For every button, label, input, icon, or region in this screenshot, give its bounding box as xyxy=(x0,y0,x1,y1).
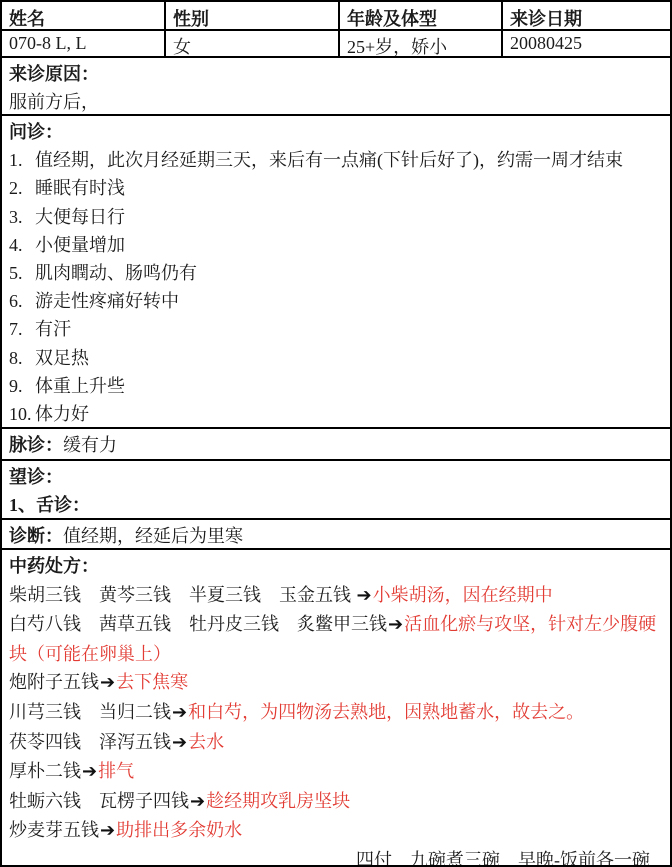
inquiry-item: 6. 游走性疼痛好转中 xyxy=(9,287,662,315)
observation-label: 望诊： xyxy=(9,463,662,491)
pulse-diagnosis-section: 脉诊：缓有力 xyxy=(2,429,670,461)
inquiry-item-number: 10. xyxy=(9,400,35,428)
inquiry-item-number: 3. xyxy=(9,203,35,231)
arrow-icon: ➔ xyxy=(99,820,116,841)
inquiry-item: 10. 体力好 xyxy=(9,400,662,428)
inquiry-item: 1. 值经期，此次月经延期三天，来后有一点痛(下针后好了)，约需一周才结束 xyxy=(9,146,662,174)
prescription-note: 助排出多余奶水 xyxy=(116,820,242,840)
prescription-line: 炮附子五钱➔去下焦寒 xyxy=(9,668,662,698)
arrow-icon: ➔ xyxy=(81,761,98,782)
inquiry-item-text: 肌肉瞤动、肠鸣仍有 xyxy=(35,259,662,287)
prescription-line: 牡蛎六钱 瓦楞子四钱➔趁经期攻乳房坚块 xyxy=(9,787,662,817)
herbs-text: 茯苓四钱 泽泻五钱 xyxy=(9,732,171,752)
pulse-diagnosis-line: 脉诊：缓有力 xyxy=(9,431,662,459)
arrow-icon: ➔ xyxy=(99,672,116,693)
prescription-label: 中药处方： xyxy=(9,552,662,581)
visit-reason-label: 来诊原因： xyxy=(9,60,662,88)
pulse-diagnosis-value: 缓有力 xyxy=(63,435,117,455)
inquiry-label: 问诊： xyxy=(9,118,662,146)
inquiry-item-number: 2. xyxy=(9,174,35,202)
inquiry-item: 3. 大便每日行 xyxy=(9,203,662,231)
prescription-line: 柴胡三钱 黄芩三钱 半夏三钱 玉金五钱 ➔小柴胡汤，因在经期中 xyxy=(9,581,662,611)
prescription-note: 趁经期攻乳房坚块 xyxy=(206,791,350,811)
inquiry-item-number: 9. xyxy=(9,372,35,400)
inquiry-item-text: 睡眠有时浅 xyxy=(35,174,662,202)
inquiry-item-text: 游走性疼痛好转中 xyxy=(35,287,662,315)
name-column-header: 姓名 xyxy=(2,2,166,31)
visit-reason-section: 来诊原因： 服前方后， xyxy=(2,58,670,116)
inquiry-item-text: 值经期，此次月经延期三天，来后有一点痛(下针后好了)，约需一周才结束 xyxy=(35,146,662,174)
arrow-icon: ➔ xyxy=(387,614,404,635)
inquiry-item: 4. 小便量增加 xyxy=(9,231,662,259)
herbs-text: 川芎三钱 当归二钱 xyxy=(9,702,171,722)
herbs-text: 炮附子五钱 xyxy=(9,672,99,692)
inquiry-item-text: 大便每日行 xyxy=(35,203,662,231)
inquiry-item-text: 有汗 xyxy=(35,315,662,343)
prescription-note: 去下焦寒 xyxy=(116,672,188,692)
age-body-column-header: 年龄及体型 xyxy=(340,2,503,31)
diagnosis-value: 值经期，经延后为里寒 xyxy=(63,526,243,546)
prescription-section: 中药处方： 柴胡三钱 黄芩三钱 半夏三钱 玉金五钱 ➔小柴胡汤，因在经期中 白芍… xyxy=(2,550,670,865)
arrow-icon: ➔ xyxy=(171,732,188,753)
arrow-icon: ➔ xyxy=(171,702,188,723)
inquiry-item-text: 小便量增加 xyxy=(35,231,662,259)
inquiry-item-number: 7. xyxy=(9,315,35,343)
observation-section: 望诊： 1、舌诊： xyxy=(2,461,670,520)
gender-value: 女 xyxy=(166,31,340,58)
prescription-note: 和白芍，为四物汤去熟地，因熟地蓄水，故去之。 xyxy=(188,702,584,722)
prescription-line: 厚朴二钱➔排气 xyxy=(9,757,662,787)
herbs-text: 柴胡三钱 黄芩三钱 半夏三钱 玉金五钱 xyxy=(9,585,356,605)
prescription-note: 去水 xyxy=(188,732,224,752)
tongue-diagnosis-label: 1、舌诊： xyxy=(9,491,662,519)
prescription-line: 茯苓四钱 泽泻五钱➔去水 xyxy=(9,728,662,758)
herbs-text: 炒麦芽五钱 xyxy=(9,820,99,840)
inquiry-item: 2. 睡眠有时浅 xyxy=(9,174,662,202)
arrow-icon: ➔ xyxy=(189,791,206,812)
herbs-text: 厚朴二钱 xyxy=(9,761,81,781)
dosage-instructions: 四付 九碗煮三碗 早晚-饭前各一碗 xyxy=(9,846,662,865)
diagnosis-line: 诊断：值经期，经延后为里寒 xyxy=(9,522,662,550)
inquiry-item: 9. 体重上升些 xyxy=(9,372,662,400)
arrow-icon: ➔ xyxy=(356,585,373,606)
patient-id-value: 070-8 L, L xyxy=(2,31,166,58)
patient-header-table: 姓名 性别 年龄及体型 来诊日期 070-8 L, L 女 25+岁，娇小 20… xyxy=(2,2,670,58)
inquiry-item: 7. 有汗 xyxy=(9,315,662,343)
visit-date-column-header: 来诊日期 xyxy=(503,2,670,31)
herbs-text: 牡蛎六钱 瓦楞子四钱 xyxy=(9,791,189,811)
gender-column-header: 性别 xyxy=(166,2,340,31)
visit-date-value: 20080425 xyxy=(503,31,670,58)
inquiry-item: 8. 双足热 xyxy=(9,344,662,372)
inquiry-section: 问诊： 1. 值经期，此次月经延期三天，来后有一点痛(下针后好了)，约需一周才结… xyxy=(2,116,670,429)
inquiry-item-number: 5. xyxy=(9,259,35,287)
prescription-note: 排气 xyxy=(98,761,134,781)
inquiry-item-text: 体力好 xyxy=(35,400,662,428)
prescription-line: 炒麦芽五钱➔助排出多余奶水 xyxy=(9,816,662,846)
medical-record-sheet: 姓名 性别 年龄及体型 来诊日期 070-8 L, L 女 25+岁，娇小 20… xyxy=(0,0,672,867)
herbs-text: 白芍八钱 茜草五钱 牡丹皮三钱 炙鳖甲三钱 xyxy=(9,614,387,634)
pulse-diagnosis-label: 脉诊： xyxy=(9,435,63,455)
inquiry-item: 5. 肌肉瞤动、肠鸣仍有 xyxy=(9,259,662,287)
inquiry-item-number: 4. xyxy=(9,231,35,259)
inquiry-item-number: 6. xyxy=(9,287,35,315)
age-body-value: 25+岁，娇小 xyxy=(340,31,503,58)
prescription-line: 川芎三钱 当归二钱➔和白芍，为四物汤去熟地，因熟地蓄水，故去之。 xyxy=(9,698,662,728)
diagnosis-label: 诊断： xyxy=(9,526,63,546)
inquiry-item-text: 体重上升些 xyxy=(35,372,662,400)
visit-reason-text: 服前方后， xyxy=(9,88,662,116)
inquiry-item-text: 双足热 xyxy=(35,344,662,372)
inquiry-item-number: 1. xyxy=(9,146,35,174)
inquiry-item-number: 8. xyxy=(9,344,35,372)
prescription-line: 白芍八钱 茜草五钱 牡丹皮三钱 炙鳖甲三钱➔活血化瘀与攻坚，针对左少腹硬块（可能… xyxy=(9,610,662,668)
prescription-note: 小柴胡汤，因在经期中 xyxy=(373,585,553,605)
diagnosis-section: 诊断：值经期，经延后为里寒 xyxy=(2,520,670,550)
